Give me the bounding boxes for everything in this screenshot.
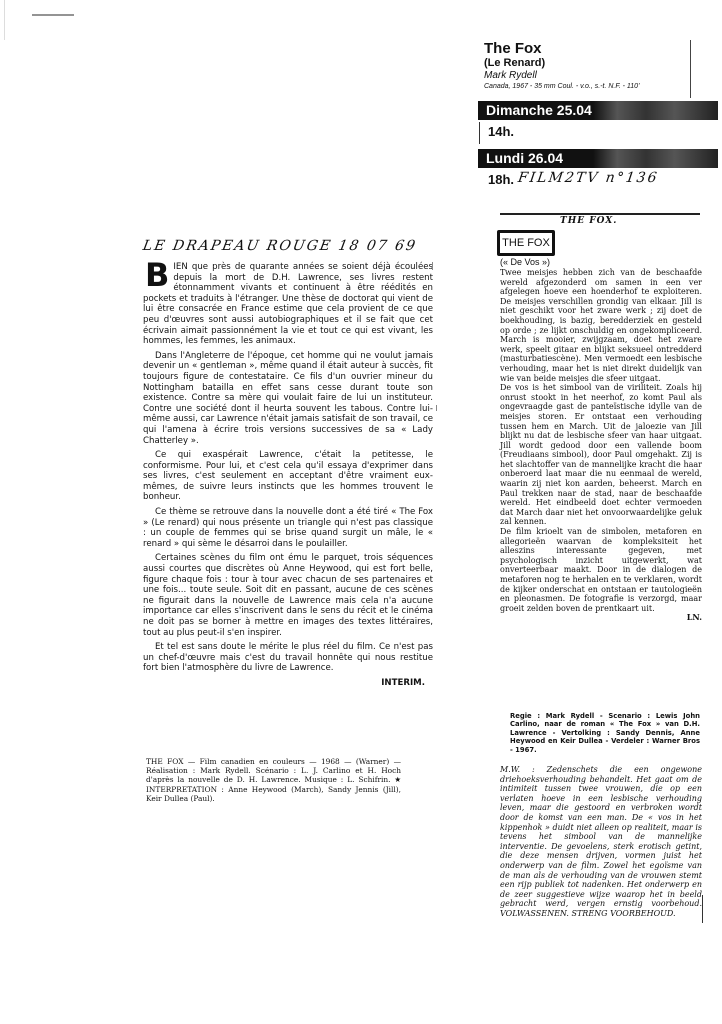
french-article: BIEN que près de quarante années se soie… [143,262,433,689]
vertical-rule [690,40,691,98]
margin-mark [702,895,703,923]
film-subtitle: (Le Renard) [484,57,720,70]
article-signature: INTERIM. [143,678,433,689]
handwritten-note: FILM2TV n°136 [517,170,660,186]
paragraph: De film krioelt van de simbolen, metafor… [500,527,702,613]
film-title: The Fox [484,40,720,57]
french-credits: THE FOX — Film canadien en couleurs — 19… [146,757,401,803]
film-director: Mark Rydell [484,70,720,82]
dutch-header: THE FOX. [560,216,617,226]
scan-edge [4,0,5,40]
dutch-subtitle: (« De Vos ») [500,257,550,267]
paragraph: Twee meisjes hebben zich van de beschaaf… [500,268,702,383]
screening-time-1: 14h. [488,124,514,139]
paragraph: BIEN que près de quarante années se soie… [143,262,433,347]
paragraph: Ce thème se retrouve dans la nouvelle do… [143,507,433,549]
paragraph: Et tel est sans doute le mérite le plus … [143,642,433,674]
film-meta: Canada, 1967 - 35 mm Coul. - v.o., s.-t.… [484,82,720,92]
article-signature: LN. [500,613,702,623]
header-rule [500,213,700,215]
margin-tick [479,122,480,144]
margin-mark [432,262,433,270]
screening-day-2: Lundi 26.04 [478,149,718,168]
scan-mark [32,14,74,16]
handwritten-source: LE DRAPEAU ROUGE 18 07 69 [142,238,419,254]
margin-mark [436,405,437,411]
screening-time-2: 18h. [488,172,514,187]
drop-cap: B [145,262,169,288]
paragraph: De vos is het simbool van de viriliteit.… [500,383,702,527]
screening-day-1: Dimanche 25.04 [478,101,718,120]
dutch-credits: Regie : Mark Rydell - Scenario : Lewis J… [510,712,700,754]
paragraph: Certaines scènes du film ont ému le parq… [143,553,433,638]
paragraph: Ce qui exaspérait Lawrence, c'était la p… [143,450,433,503]
dutch-review: M.W. : Zedenschets die een ongewone drie… [500,765,702,919]
boxed-title: THE FOX [497,230,555,256]
dutch-article: Twee meisjes hebben zich van de beschaaf… [500,268,702,623]
programme-card: The Fox (Le Renard) Mark Rydell Canada, … [484,40,720,92]
paragraph: Dans l'Angleterre de l'époque, cet homme… [143,351,433,446]
